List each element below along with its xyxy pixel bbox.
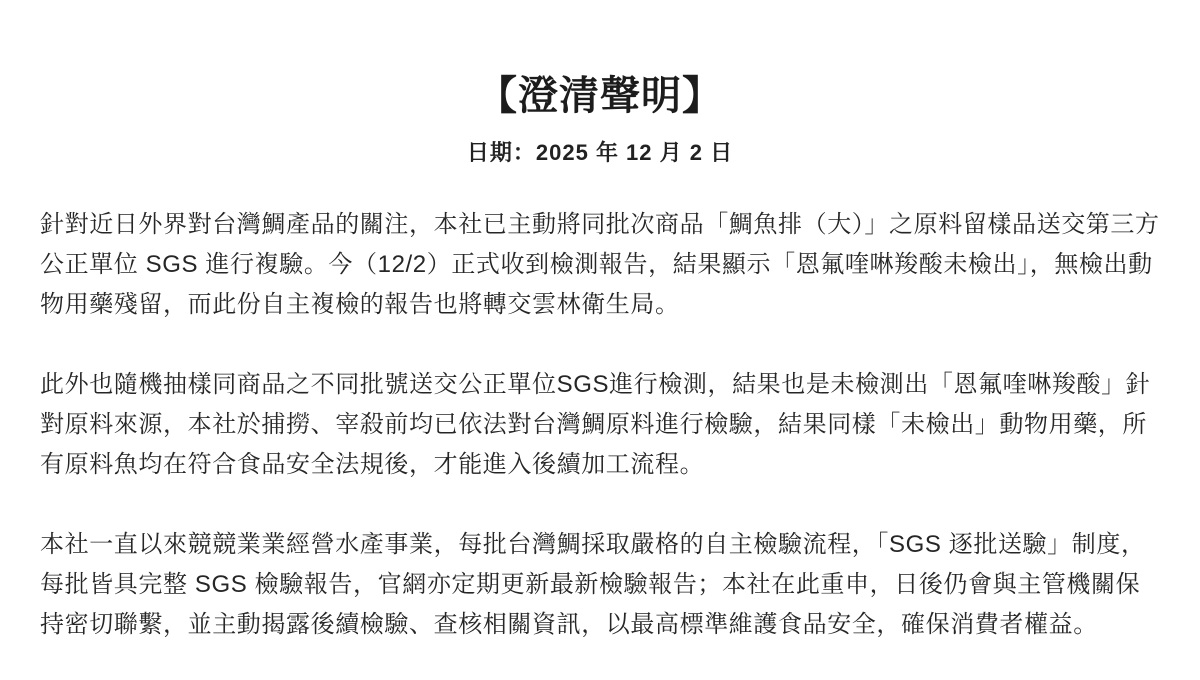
statement-date: 日期：2025 年 12 月 2 日 [40, 136, 1160, 167]
statement-paragraph-1: 針對近日外界對台灣鯛產品的關注，本社已主動將同批次商品「鯛魚排（大）」之原料留樣… [40, 205, 1160, 325]
statement-paragraph-3: 本社一直以來競競業業經營水產事業，每批台灣鯛採取嚴格的自主檢驗流程，「SGS 逐… [40, 525, 1160, 645]
statement-title: 【澄清聲明】 [40, 72, 1160, 120]
statement-paragraph-2: 此外也隨機抽樣同商品之不同批號送交公正單位SGS進行檢測，結果也是未檢測出「恩氟… [40, 365, 1160, 485]
statement-body: 針對近日外界對台灣鯛產品的關注，本社已主動將同批次商品「鯛魚排（大）」之原料留樣… [40, 205, 1160, 645]
statement-document: 【澄清聲明】 日期：2025 年 12 月 2 日 針對近日外界對台灣鯛產品的關… [0, 0, 1200, 680]
